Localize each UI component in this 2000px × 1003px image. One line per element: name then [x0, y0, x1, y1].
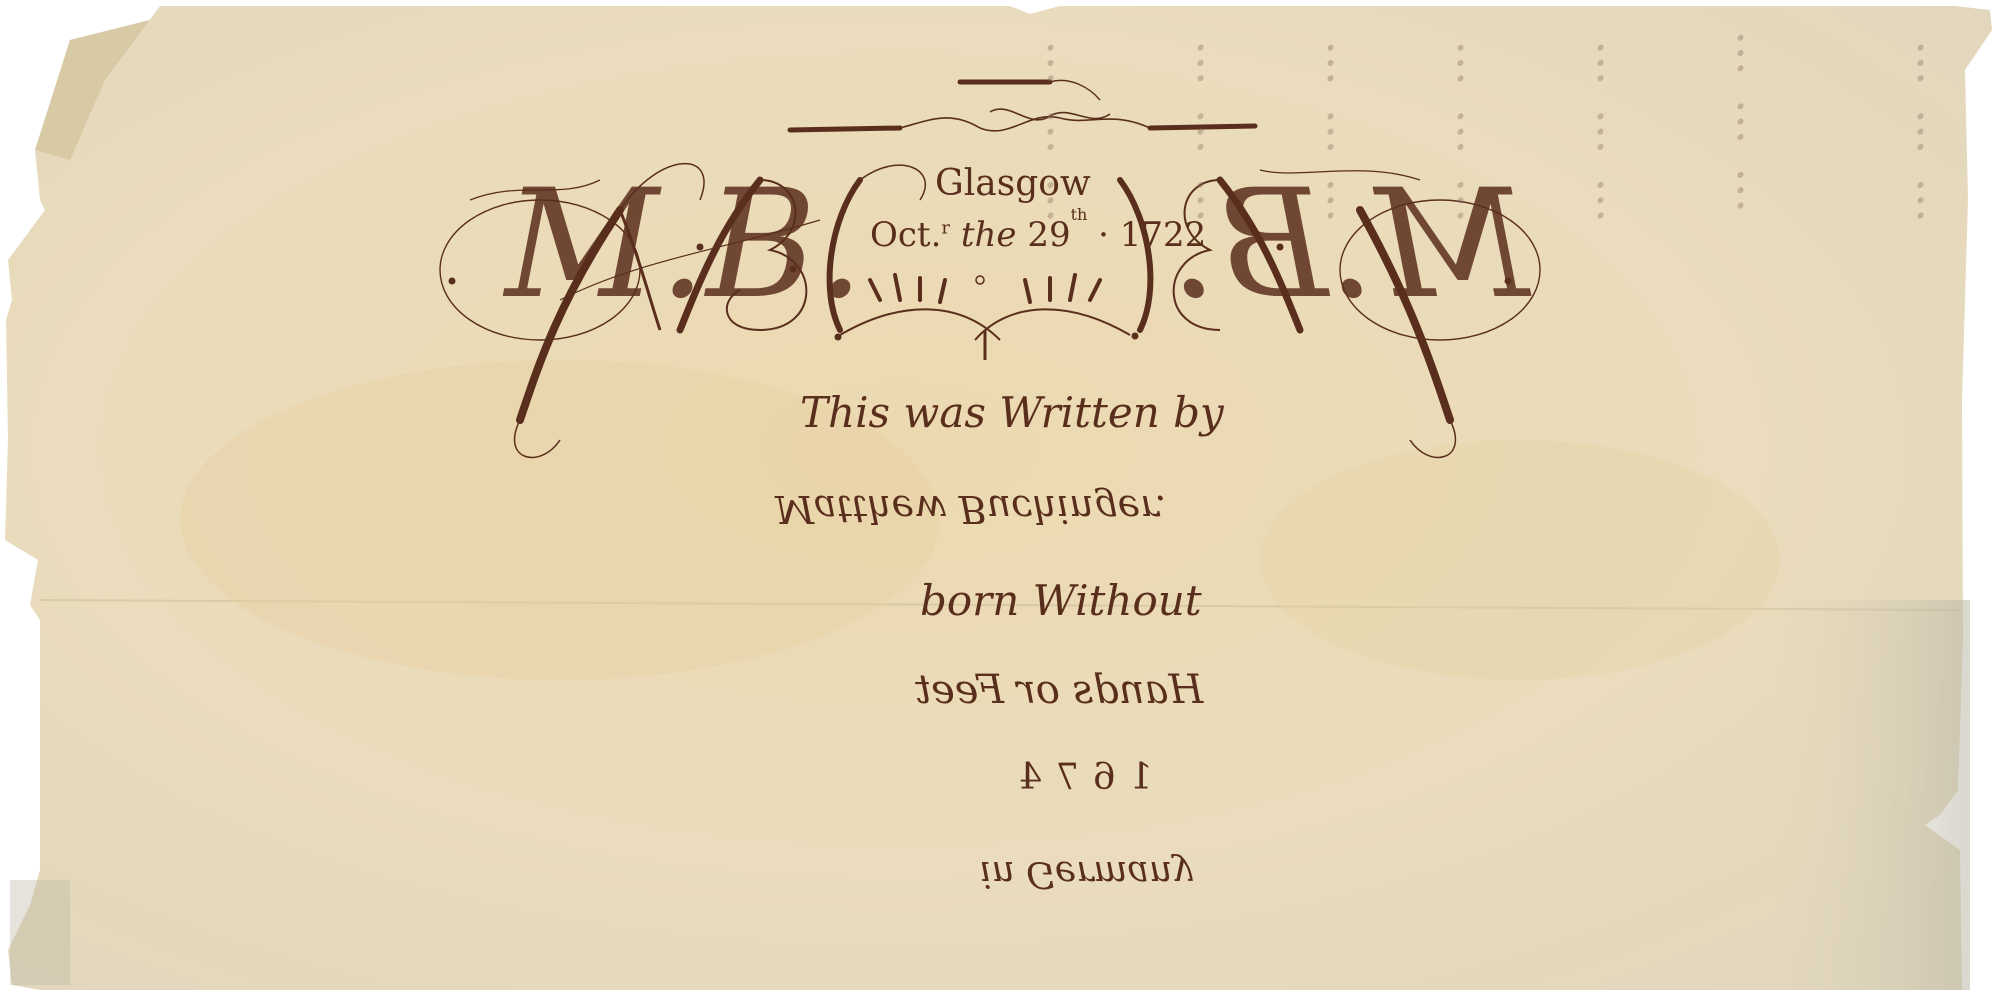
line-birth-year: 1674 [1005, 760, 1153, 796]
line-birthplace: in Germany [980, 855, 1193, 891]
date-line: Oct.r the 29th · 1722 [870, 218, 1206, 252]
date-month-sup: r [941, 218, 950, 239]
bleed-through-line: … … … [1880, 40, 1934, 227]
place-heading: Glasgow [935, 166, 1091, 202]
date-the: the [961, 215, 1017, 255]
line-written-by: This was Written by [800, 392, 1224, 434]
line-hands-feet: Hands or Feet [915, 670, 1203, 710]
monogram-right: M.B. [1170, 170, 1529, 320]
date-month: Oct. [870, 215, 941, 255]
bleed-through-line: … … … [1700, 30, 1754, 217]
line-born-without: born Without [920, 580, 1202, 622]
date-year: 1722 [1120, 215, 1207, 255]
manuscript-sheet: … … … … … … … … … … … … … … … … … … … … … [0, 0, 2000, 1003]
date-day: 29 [1027, 215, 1070, 255]
monogram-left: M.B. [505, 170, 864, 320]
bleed-through-line: … … … [1560, 40, 1614, 227]
line-author-name: Matthew Buchinger. [775, 490, 1166, 528]
date-day-sup: th [1071, 205, 1088, 224]
